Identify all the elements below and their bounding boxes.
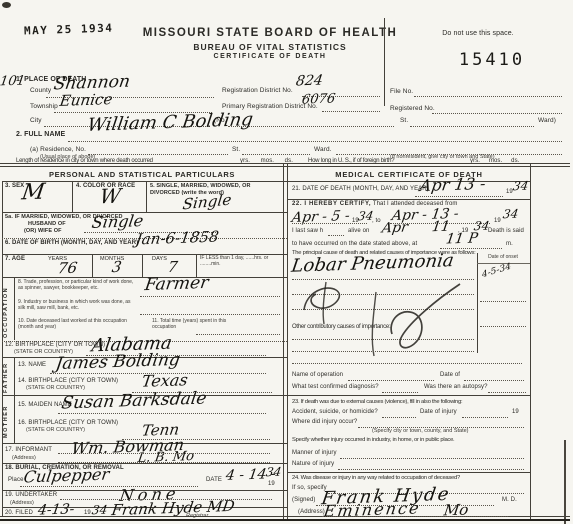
autopsy-label: Was there an autopsy? bbox=[424, 384, 488, 390]
if-so-label: If so, specify bbox=[292, 485, 327, 491]
header-divider bbox=[384, 18, 385, 106]
occupation-industry-line bbox=[140, 313, 280, 315]
operation-line bbox=[348, 379, 434, 381]
top-rule-1 bbox=[0, 163, 570, 164]
injury-date-label: Date of injury bbox=[420, 409, 457, 415]
manner-of-injury-label: Manner of injury bbox=[292, 450, 337, 456]
received-date-stamp: MAY 25 1934 bbox=[24, 21, 114, 37]
injury-date-line bbox=[462, 416, 508, 418]
lastsaw-month-value: Apr bbox=[381, 220, 409, 237]
occupation-side-label: OCCUPATION bbox=[3, 280, 9, 338]
ink-flourish bbox=[340, 278, 470, 358]
death-date-line bbox=[415, 195, 503, 197]
registered-no-line bbox=[432, 112, 562, 114]
informant-line bbox=[58, 452, 270, 454]
residence-ward-label: Ward. bbox=[314, 146, 332, 153]
date-of-onset-value: 4-5-34 bbox=[481, 262, 512, 280]
age-months-value: 3 bbox=[111, 258, 123, 276]
occurred-text: to have occurred on the date stated abov… bbox=[292, 241, 417, 247]
city-st-line bbox=[410, 125, 534, 127]
cause-of-death-value: Lobar Pneumonia bbox=[290, 250, 455, 277]
lastsaw-text-1: I last saw h bbox=[292, 228, 323, 234]
filed-label: 20. FILED bbox=[5, 510, 33, 516]
autopsy-line bbox=[488, 391, 526, 393]
contributory-line bbox=[292, 362, 522, 364]
contributory-line bbox=[292, 338, 474, 340]
test-line bbox=[382, 391, 418, 393]
date-of-birth-label: 6. DATE OF BIRTH (MONTH, DAY, AND YEAR) bbox=[5, 240, 138, 246]
occurred-line bbox=[440, 247, 502, 249]
cell-divider bbox=[142, 254, 143, 277]
father-birthplace-value: Texas bbox=[141, 370, 190, 391]
from-line bbox=[292, 222, 367, 224]
registrar-label: Registrar. bbox=[186, 513, 210, 519]
primary-district-value: 6076 bbox=[301, 91, 336, 107]
manner-line bbox=[340, 457, 524, 459]
column-divider-2 bbox=[287, 163, 288, 519]
date-of-birth-value: Jan-6-1858 bbox=[134, 228, 219, 249]
registration-district-value: 824 bbox=[295, 73, 324, 90]
residence-st-line bbox=[242, 153, 310, 155]
lastsaw-text-2: alive on bbox=[348, 228, 369, 234]
nature-of-injury-label: Nature of injury bbox=[292, 461, 334, 467]
full-name-value: William C Bolding bbox=[86, 109, 254, 136]
filed-date-value: 4-13- bbox=[37, 501, 76, 518]
to-year-value: 34 bbox=[502, 207, 519, 222]
mother-maiden-name-value: Susan Barksdale bbox=[60, 388, 208, 413]
filed-year-prefix: 19 bbox=[84, 510, 91, 516]
age-years-value: 76 bbox=[57, 259, 79, 278]
certify-bold: 22. I HEREBY CERTIFY, bbox=[292, 201, 371, 207]
marital-status-value: Single bbox=[182, 191, 233, 214]
filed-year-value: 34 bbox=[91, 503, 108, 518]
burial-date-label: DATE bbox=[206, 477, 222, 483]
primary-district-line bbox=[322, 110, 380, 112]
md-label: M. D. bbox=[502, 497, 517, 503]
form-subtitle: BUREAU OF VITAL STATISTICS bbox=[130, 42, 410, 52]
accident-line bbox=[382, 416, 416, 418]
lastsaw-blank bbox=[328, 234, 344, 236]
death-is-said-text: Death is said bbox=[488, 228, 524, 234]
cell-divider bbox=[92, 254, 93, 277]
birthplace-label: 12. BIRTHPLACE (CITY OR TOWN) bbox=[5, 342, 105, 348]
address-line bbox=[322, 515, 508, 517]
burial-year-prefix: 19 bbox=[268, 481, 275, 487]
external-causes-label: 23. If death was due to external causes … bbox=[292, 399, 462, 405]
rule bbox=[2, 277, 287, 278]
husband-of-label: HUSBAND OF bbox=[28, 221, 66, 227]
form-subtitle-2: CERTIFICATE OF DEATH bbox=[130, 53, 410, 60]
rule bbox=[288, 472, 530, 473]
date-of-death-value: Apr 13 - bbox=[418, 174, 486, 195]
city-st-label: St. bbox=[400, 117, 408, 124]
race-value: W bbox=[98, 184, 122, 209]
full-name-line bbox=[68, 140, 562, 142]
occurred-m-label: m. bbox=[506, 241, 513, 247]
burial-place-value: Culpepper bbox=[22, 465, 110, 487]
age-label: 7. AGE bbox=[5, 256, 25, 262]
to-year-prefix: 19 bbox=[494, 218, 501, 224]
sex-label: 3. SEX bbox=[5, 183, 24, 189]
wife-of-label: (OR) WIFE OF bbox=[24, 228, 62, 234]
mother-birthplace-sub: (STATE OR COUNTRY) bbox=[26, 427, 85, 433]
contributory-label: Other contributory causes of importance: bbox=[292, 324, 390, 330]
mother-birthplace-label: 16. BIRTHPLACE (CITY OR TOWN) bbox=[18, 420, 118, 426]
occupation-industry-label: 9. Industry or business in which work wa… bbox=[18, 299, 136, 312]
bottom-rule bbox=[0, 519, 570, 521]
township-label: Township bbox=[30, 103, 58, 110]
mother-name-line bbox=[58, 412, 266, 414]
cell-divider bbox=[146, 181, 147, 212]
age-days-label: DAYS bbox=[152, 256, 167, 262]
form-title: MISSOURI STATE BOARD OF HEALTH bbox=[130, 27, 410, 39]
rule bbox=[2, 463, 287, 464]
occupation-trade-label: 8. Trade, profession, or particular kind… bbox=[18, 279, 136, 292]
occupation-totaltime-label: 11. Total time (years) spent in this occ… bbox=[152, 318, 247, 331]
operation-date-line bbox=[464, 379, 524, 381]
to-label: , to bbox=[372, 218, 381, 224]
occupation-totaltime-line bbox=[196, 333, 280, 335]
father-birthplace-sub: (STATE OR COUNTRY) bbox=[26, 385, 85, 391]
burial-year-value: 34 bbox=[265, 465, 282, 480]
file-no-line bbox=[414, 95, 562, 97]
city-label: City bbox=[30, 117, 42, 124]
father-name-label: 13. NAME bbox=[18, 362, 46, 368]
mother-bracket bbox=[14, 395, 15, 443]
sex-value: M bbox=[20, 180, 46, 206]
certificate-number: 15410 bbox=[432, 50, 552, 70]
age-less-than-day-label: IF LESS than 1 day, ......hrs. or ......… bbox=[200, 255, 280, 268]
occupation-bracket bbox=[14, 277, 15, 340]
occurred-time-value: 11 P bbox=[445, 230, 479, 247]
signed-label: (Signed) bbox=[292, 497, 315, 503]
nature-line bbox=[338, 468, 524, 470]
undertaker-address-label: (Address) bbox=[10, 500, 34, 506]
occupation-lastworked-label: 10. Date deceased last worked at this oc… bbox=[18, 318, 136, 331]
cell-divider bbox=[72, 181, 73, 212]
city-no-line bbox=[228, 125, 394, 127]
rule bbox=[288, 181, 530, 182]
township-value: Eunice bbox=[59, 90, 114, 110]
scan-edge-artifact bbox=[564, 440, 566, 524]
do-not-use-note: Do not use this space. bbox=[398, 30, 558, 37]
death-year-value: 34 bbox=[512, 179, 529, 194]
city-ward-label: Ward) bbox=[538, 117, 556, 124]
father-side-label: FATHER bbox=[3, 360, 9, 393]
occupation-trade-value: Farmer bbox=[143, 273, 209, 295]
marital2-value: Single bbox=[91, 211, 145, 232]
occupation-trade-line bbox=[140, 295, 280, 297]
residence-label: (a) Residence, No. bbox=[30, 146, 86, 153]
contributory-line bbox=[292, 350, 474, 352]
father-birthplace-label: 14. BIRTHPLACE (CITY OR TOWN) bbox=[18, 378, 118, 384]
father-bracket bbox=[14, 357, 15, 395]
mother-side-label: MOTHER bbox=[3, 400, 9, 438]
burial-place-label: Place bbox=[8, 477, 24, 483]
date-of-death-label: 21. DATE OF DEATH (MONTH, DAY, AND YEAR) bbox=[292, 186, 429, 192]
accident-label: Accident, suicide, or homicide? bbox=[292, 409, 378, 415]
medical-section-title: MEDICAL CERTIFICATE OF DEATH bbox=[290, 170, 528, 179]
address-label: (Address) bbox=[298, 509, 325, 515]
top-rule-2 bbox=[0, 166, 570, 167]
residence-line bbox=[88, 153, 228, 155]
file-no-label: File No. bbox=[390, 88, 413, 95]
scan-artifact bbox=[2, 2, 11, 8]
left-column-border bbox=[2, 181, 3, 517]
county-label: County bbox=[30, 87, 51, 94]
occupation-related-label: 24. Was disease or injury in any way rel… bbox=[292, 475, 460, 481]
full-name-label: 2. FULL NAME bbox=[16, 131, 65, 138]
injury-year-label: 19 bbox=[512, 409, 519, 415]
rule bbox=[288, 199, 530, 200]
undertaker-label: 19. UNDERTAKER bbox=[5, 492, 57, 498]
date-of-onset-label: Date of onset bbox=[479, 255, 527, 261]
registered-no-label: Registered No. bbox=[390, 105, 435, 112]
personal-section-title: PERSONAL AND STATISTICAL PARTICULARS bbox=[8, 170, 276, 179]
onset-box-line bbox=[480, 325, 526, 327]
onset-box-line bbox=[480, 300, 526, 302]
registration-district-label: Registration District No. bbox=[222, 87, 293, 94]
residence-st-label: St. bbox=[232, 146, 240, 153]
margin-number: 101 bbox=[0, 74, 26, 90]
operation-date-label: Date of bbox=[440, 372, 460, 378]
physician-address-value: Eminence bbox=[322, 498, 422, 520]
informant-label: 17. INFORMANT bbox=[5, 447, 52, 453]
where-injury-sub: (Specify city or town, county, and State… bbox=[372, 428, 469, 434]
informant-address-label: (Address) bbox=[12, 455, 36, 461]
onset-box-border bbox=[477, 253, 478, 353]
rule bbox=[288, 395, 530, 396]
where-injury-label: Where did injury occur? bbox=[292, 419, 357, 425]
test-label: What test confirmed diagnosis? bbox=[292, 384, 379, 390]
right-column-border bbox=[530, 163, 531, 519]
death-certificate-scan: MAY 25 1934 MISSOURI STATE BOARD OF HEAL… bbox=[0, 0, 573, 524]
specify-injury-label: Specify whether injury occurred in indus… bbox=[292, 437, 454, 443]
operation-label: Name of operation bbox=[292, 372, 343, 378]
